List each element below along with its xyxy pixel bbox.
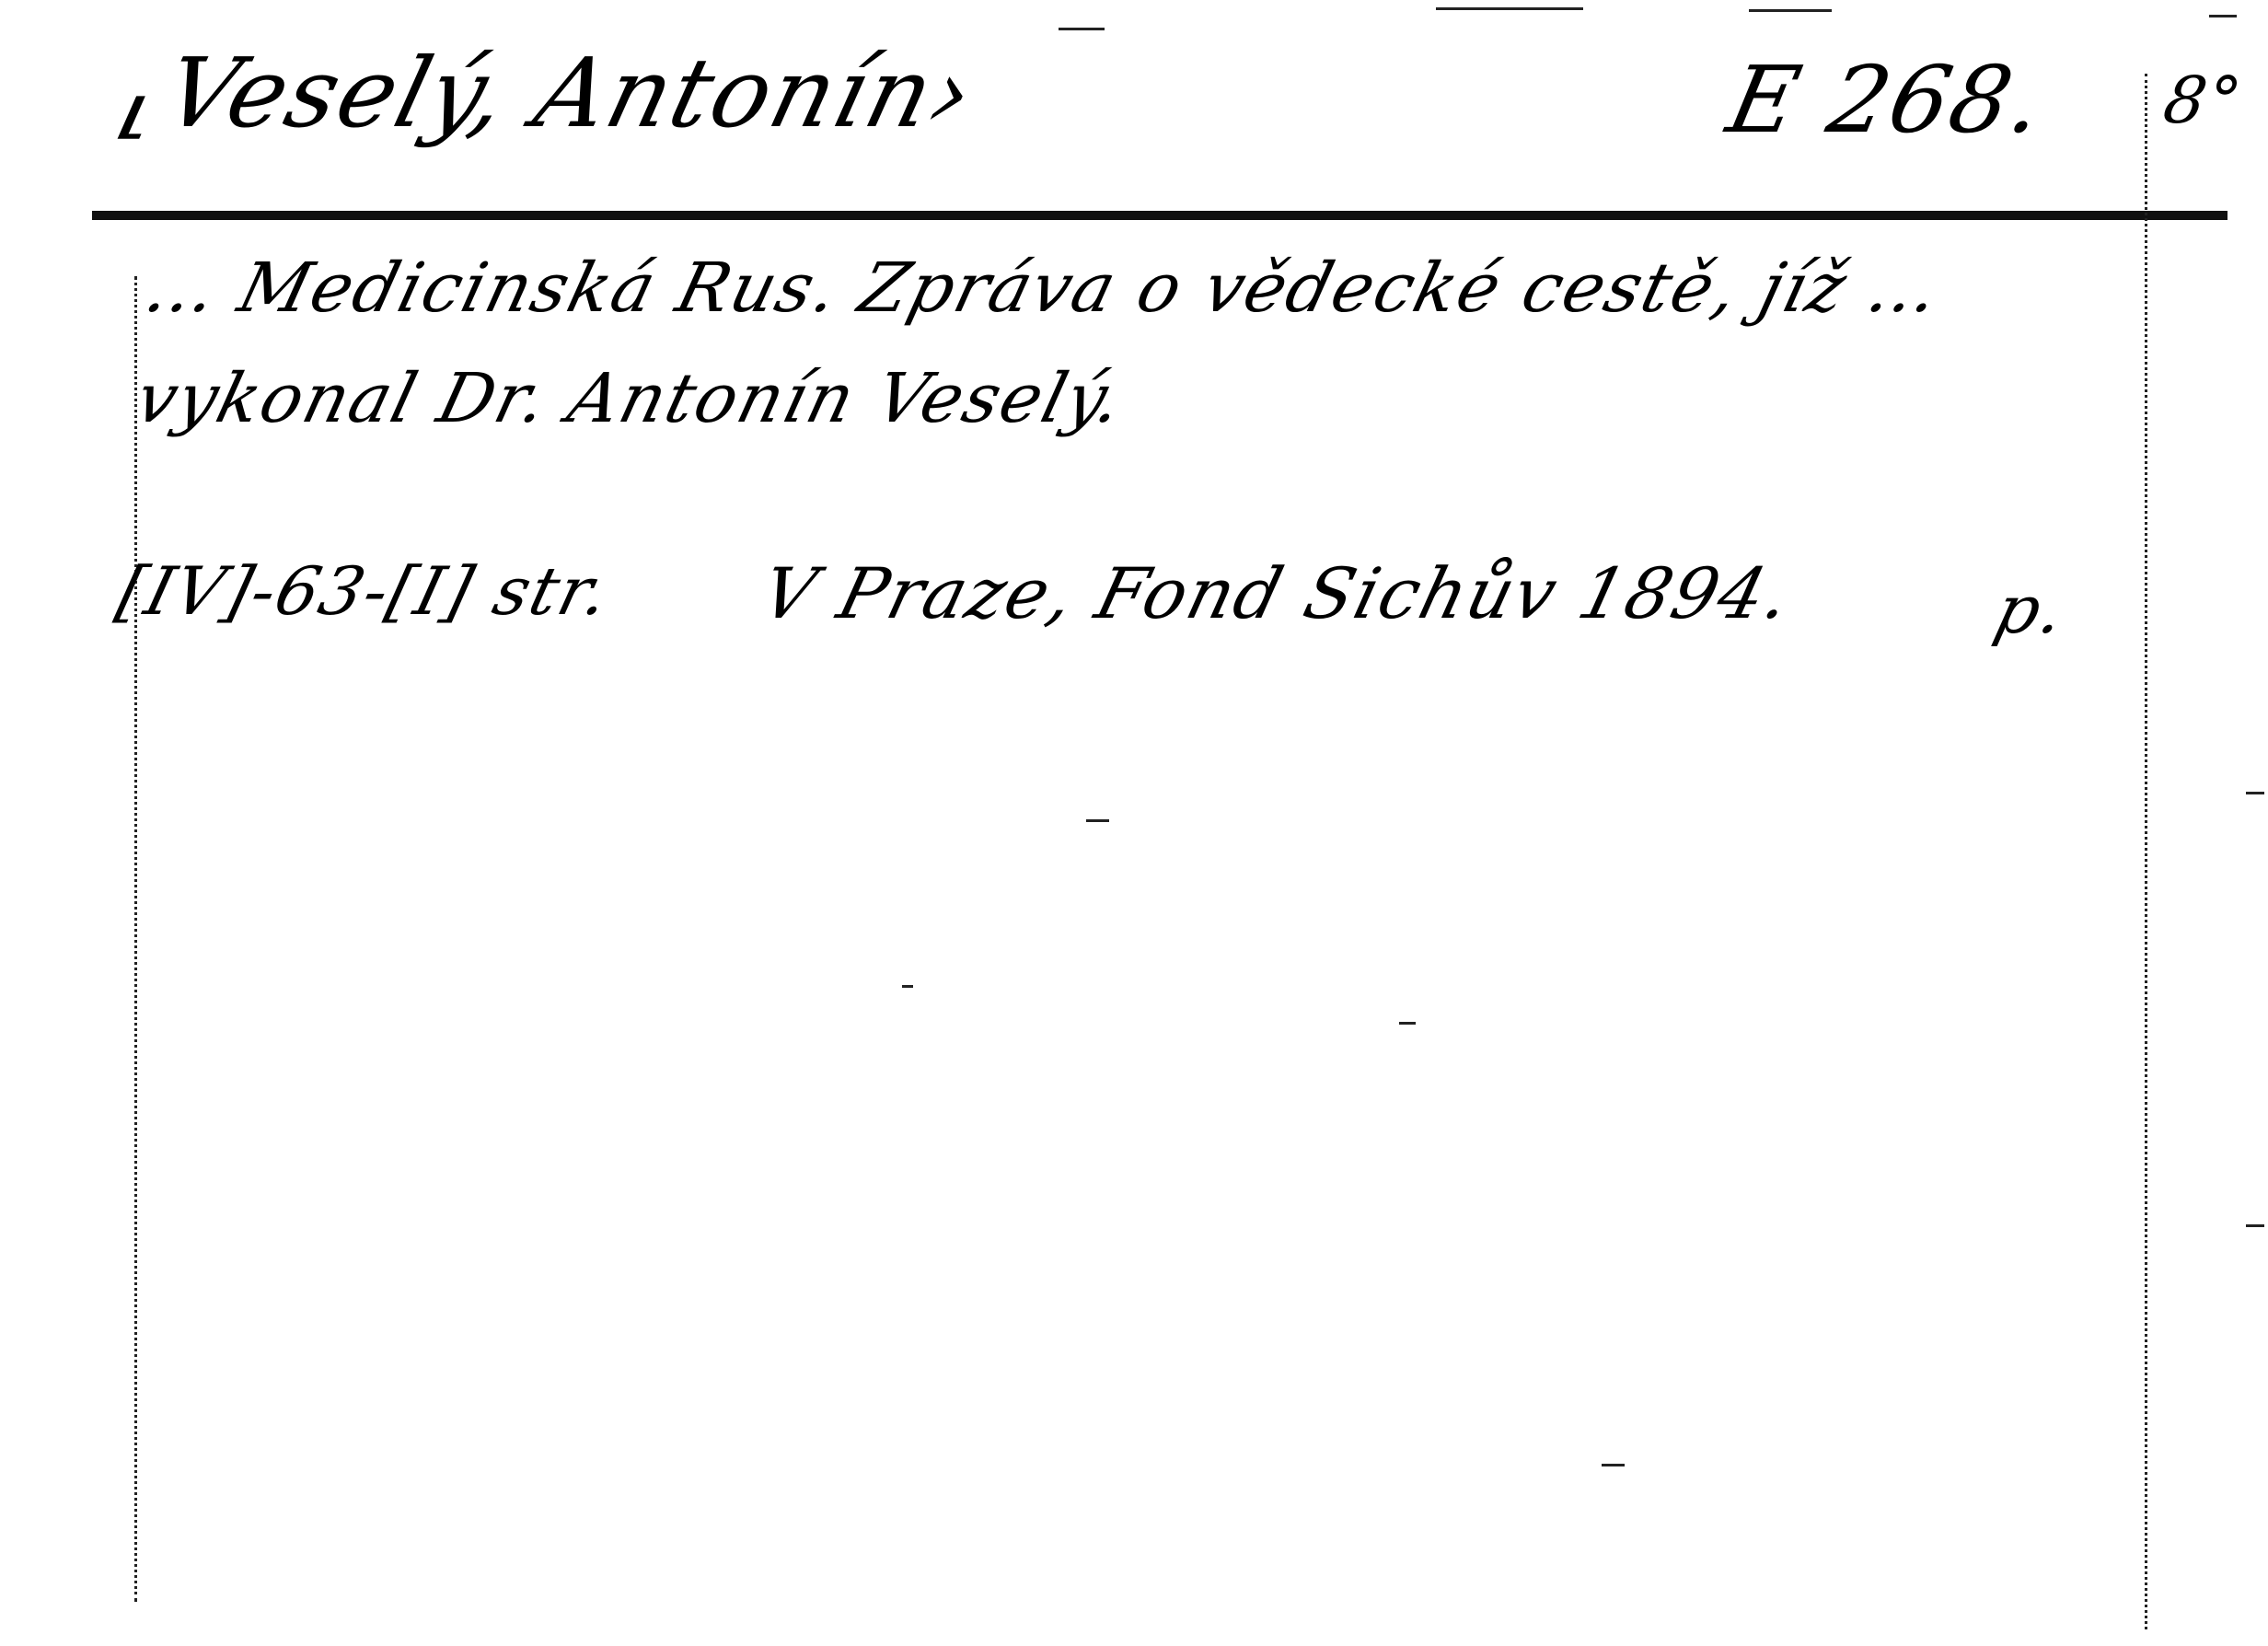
scan-speck (1749, 9, 1832, 12)
scan-speck (1602, 1464, 1625, 1466)
scan-speck (2209, 15, 2237, 17)
title-line-2: vykonal Dr. Antonín Veselý. (128, 359, 1131, 438)
collation: [IV]-63-[I] str. (110, 552, 619, 630)
scan-speck (2246, 1224, 2264, 1227)
format-size: 8° (2158, 63, 2249, 138)
catalog-heading-author: ⸤Veselý, Antonín› (115, 37, 987, 149)
imprint: V Praze, Fond Sichův 1894. (754, 552, 1800, 634)
right-margin-line (2145, 74, 2147, 1629)
heading-rule (92, 211, 2227, 220)
title-line-1: … Medicinská Rus. Zpráva o vědecké cestě… (137, 249, 1949, 328)
scan-speck (1086, 819, 1109, 822)
scan-speck (1399, 1022, 1416, 1025)
left-margin-line (134, 276, 137, 1602)
scan-speck (902, 985, 913, 988)
scan-speck (2246, 792, 2264, 794)
author-name: Veselý, Antonín (154, 37, 945, 149)
shelfmark: E 268. (1719, 46, 2054, 154)
scan-speck (1059, 28, 1105, 30)
note: p. (1988, 571, 2075, 648)
scan-speck (1436, 7, 1583, 10)
